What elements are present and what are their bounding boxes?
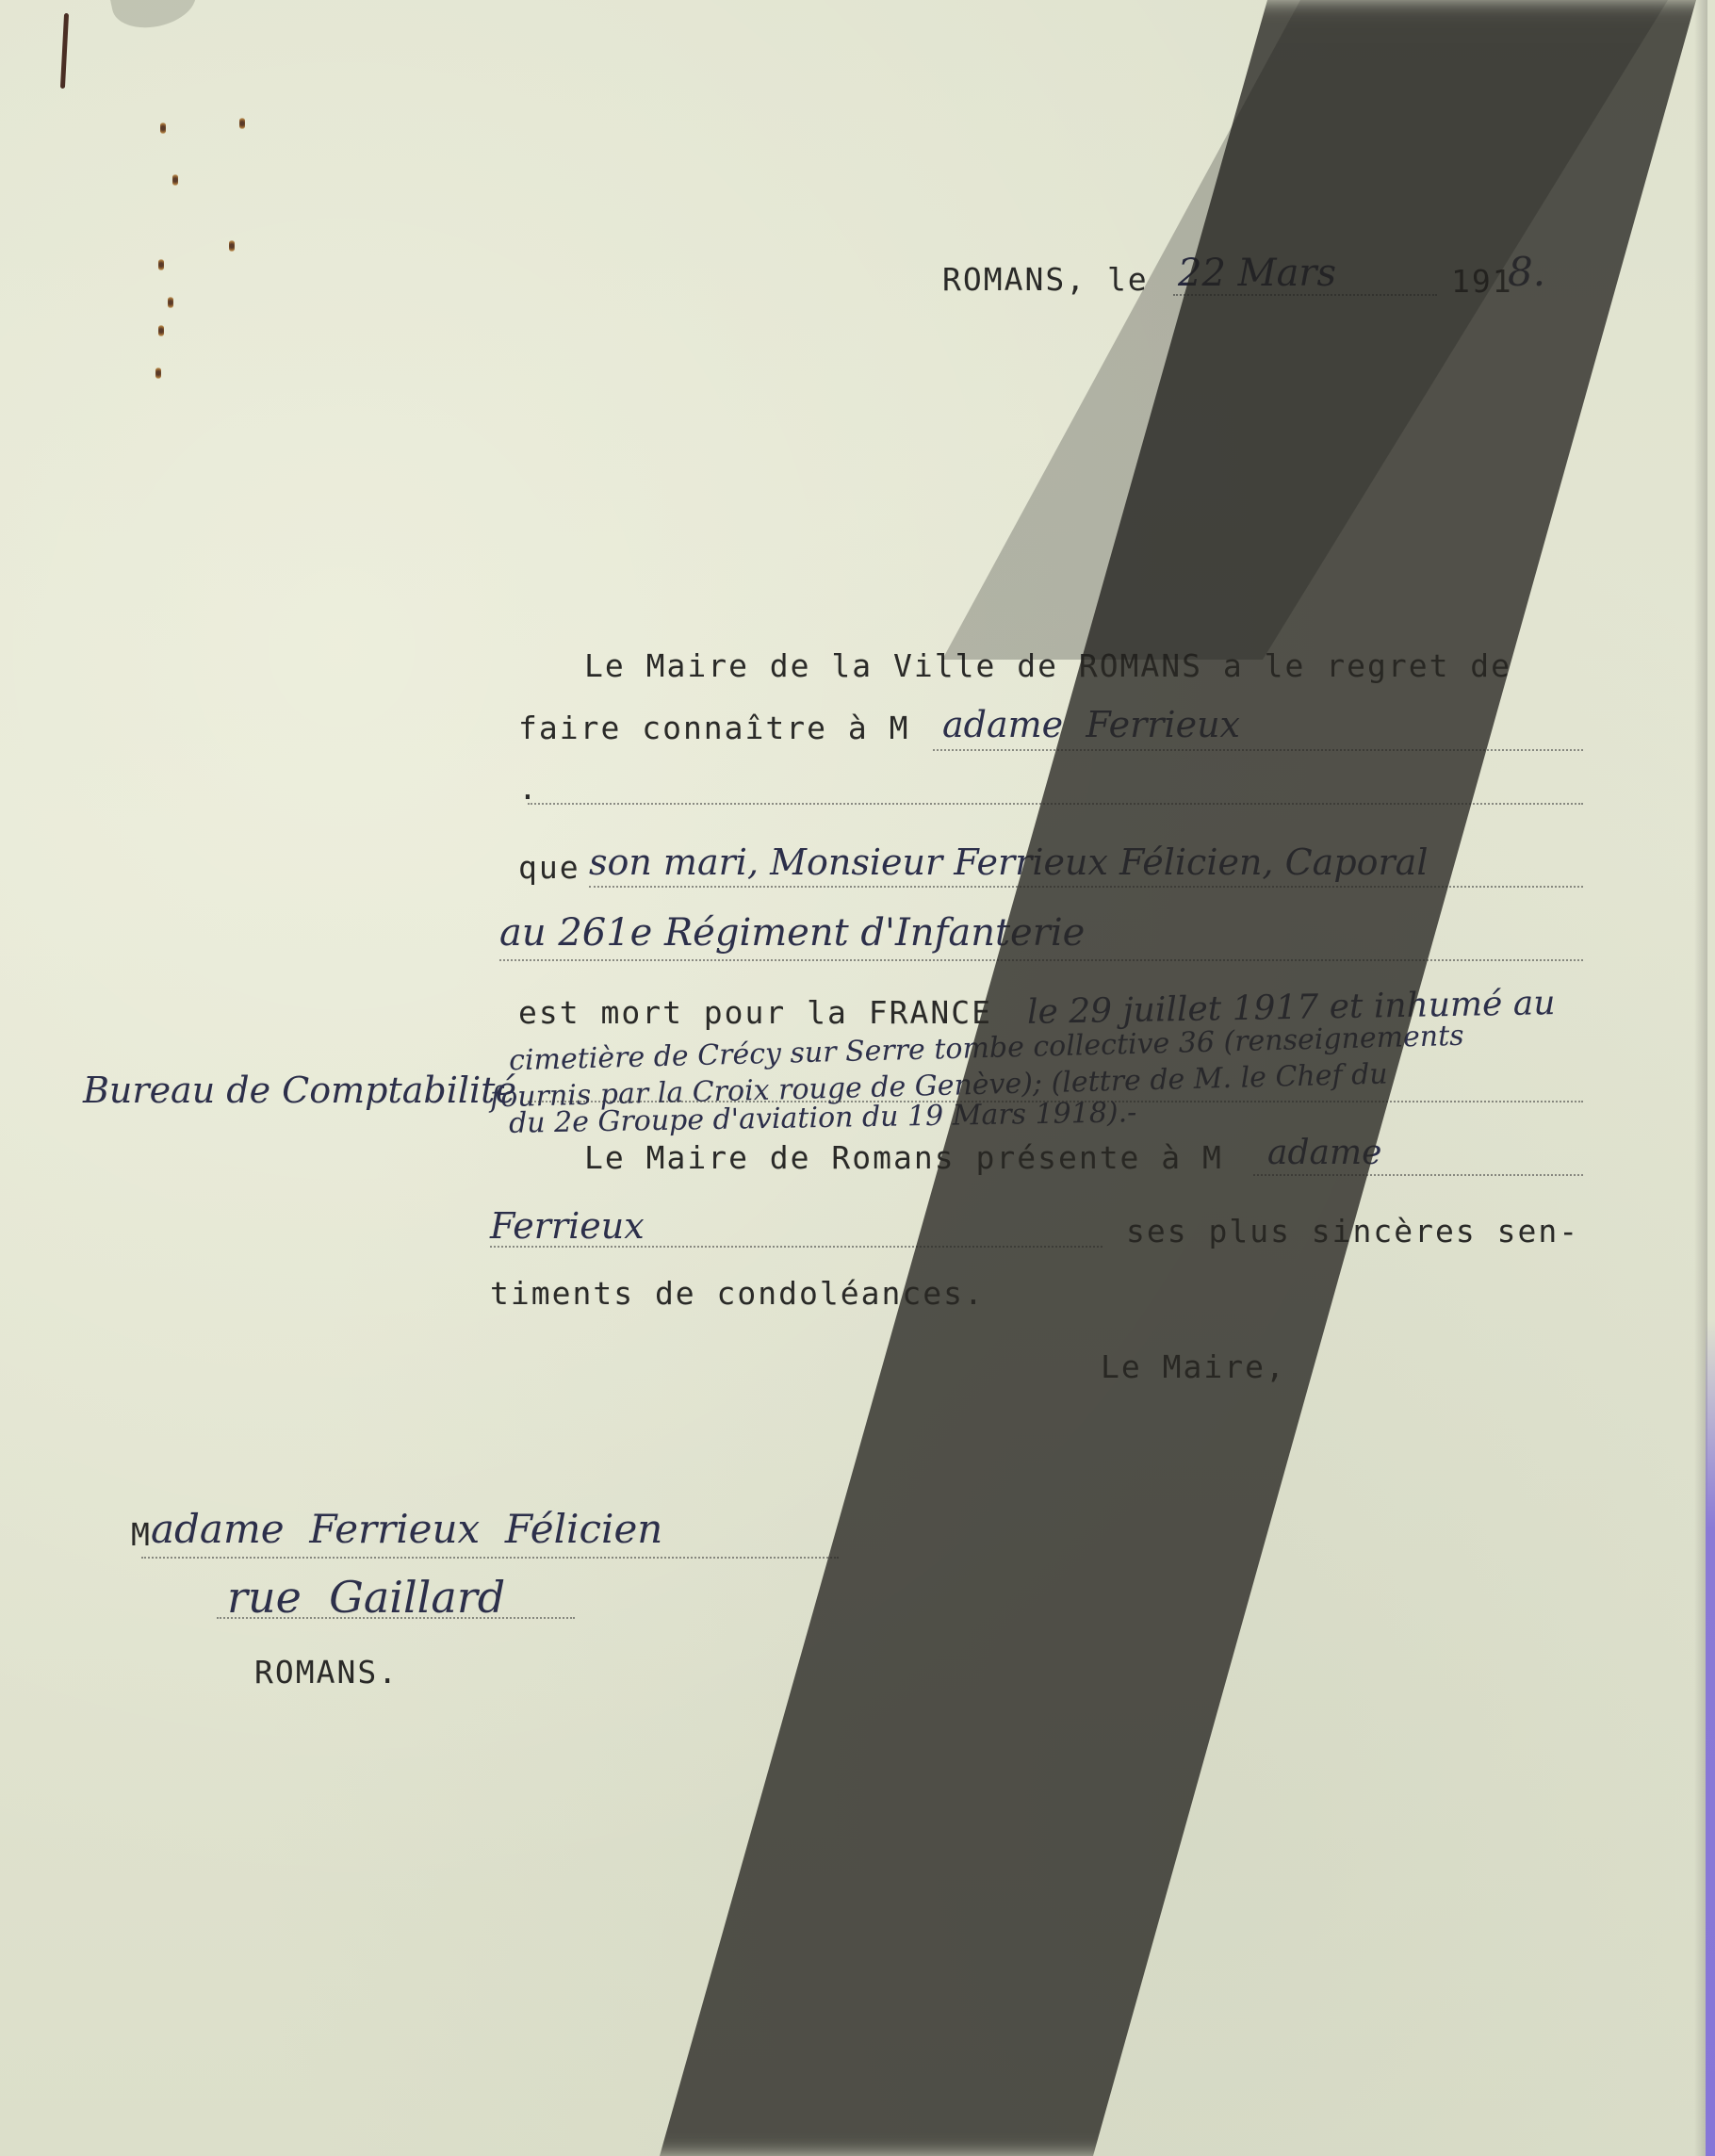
address-line-3: ROMANS. (254, 1657, 399, 1688)
body-line-11-handwritten: Ferrieux (490, 1208, 645, 1244)
punch-hole-icon (155, 367, 161, 379)
header-date-handwritten: 22 Mars (1178, 254, 1336, 292)
body-line-10-handwritten: adame (1267, 1136, 1381, 1170)
body-line-4-dotted (589, 886, 1583, 888)
punch-hole-icon (158, 325, 164, 336)
body-line-3-dotted (528, 803, 1583, 805)
margin-note-handwritten: Bureau de Comptabilité (83, 1072, 516, 1108)
signature-label: Le Maire, (1101, 1351, 1286, 1382)
body-line-10-dotted (1253, 1174, 1583, 1176)
punch-hole-icon (239, 118, 245, 129)
body-line-5-dotted (499, 959, 1583, 961)
date-dotted-line (1173, 294, 1437, 296)
header-year-handwritten: 8. (1508, 253, 1545, 292)
body-line-5-handwritten: au 261e Régiment d'Infanterie (499, 914, 1085, 952)
address-line-1-typed: M (131, 1519, 152, 1550)
body-line-11-typed: ses plus sincères sen- (1126, 1216, 1579, 1247)
punch-hole-icon (172, 174, 178, 186)
header-place-date: ROMANS, le (942, 264, 1149, 295)
body-line-10-typed: Le Maire de Romans présente à M (584, 1142, 1223, 1173)
recipient-name-handwritten: adame Ferrieux (942, 707, 1240, 743)
body-line-4-handwritten: son mari, Monsieur Ferrieux Félicien, Ca… (589, 844, 1429, 880)
punch-hole-icon (158, 259, 164, 270)
body-line-6-typed: est mort pour la FRANCE (518, 997, 992, 1028)
punch-hole-icon (229, 240, 235, 252)
body-line-2-typed: faire connaître à M (518, 712, 910, 743)
body-line-3: . (518, 773, 539, 804)
address-line-1-dotted (141, 1557, 839, 1559)
body-line-12: timents de condoléances. (490, 1278, 985, 1309)
address-line-1-handwritten: adame Ferrieux Félicien (151, 1510, 662, 1549)
punch-hole-icon (160, 122, 166, 134)
body-line-4-typed: que (518, 852, 580, 883)
body-line-11-dotted (490, 1246, 1102, 1248)
header-year-typed: 191 (1451, 266, 1513, 297)
body-line-2-dotted (933, 749, 1583, 751)
address-line-2-dotted (217, 1617, 575, 1619)
purple-edge-strip (1706, 1319, 1715, 2156)
punch-hole-icon (168, 297, 173, 308)
body-line-1: Le Maire de la Ville de ROMANS a le regr… (584, 650, 1511, 681)
address-line-2-handwritten: rue Gaillard (227, 1576, 505, 1619)
